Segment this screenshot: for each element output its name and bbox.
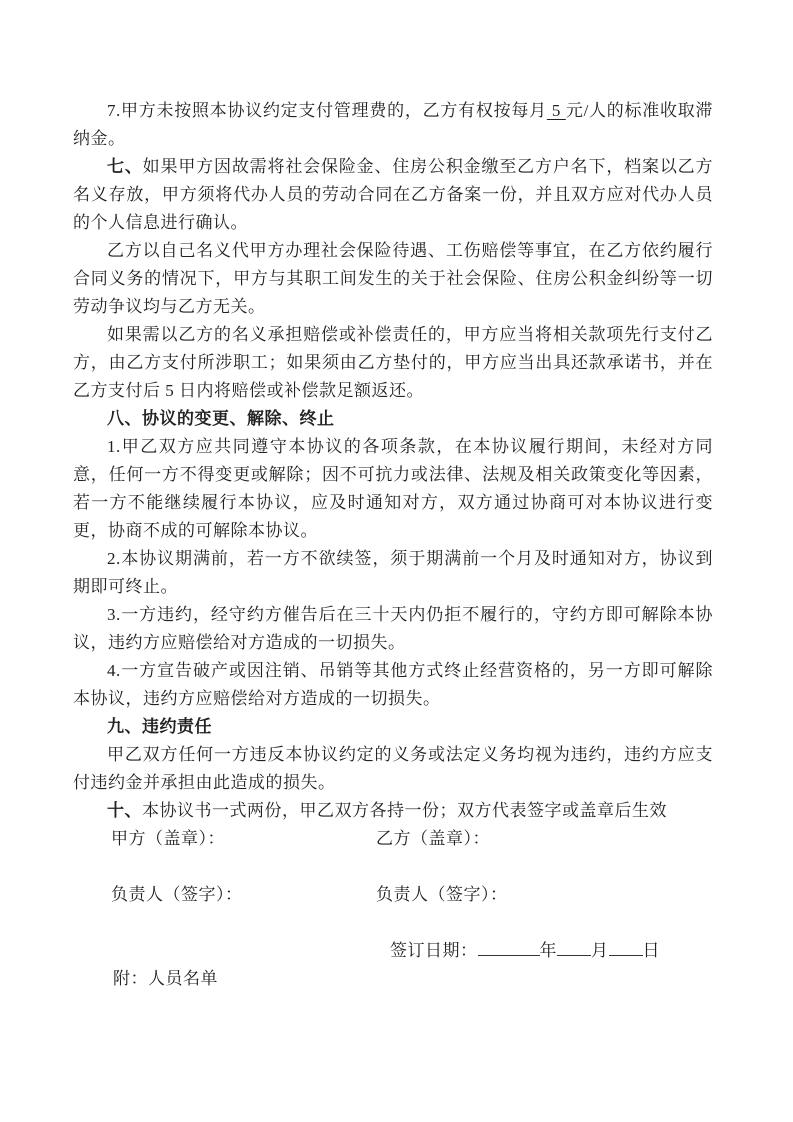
year-unit-label: 年 xyxy=(540,941,558,960)
party-a-seal-label: 甲方（盖章）： xyxy=(111,829,225,848)
text-run: 乙方以自己名义代甲方办理社会保险待遇、工伤赔偿等事宜，在乙方依约履行合同义务的情… xyxy=(73,241,713,316)
paragraph: 乙方以自己名义代甲方办理社会保险待遇、工伤赔偿等事宜，在乙方依约履行合同义务的情… xyxy=(73,237,713,321)
signing-date-label: 签订日期： xyxy=(390,941,478,960)
party-b-seal-label: 乙方（盖章）： xyxy=(376,825,490,853)
signing-date-row: 签订日期：年月日 xyxy=(73,937,713,965)
blank-line xyxy=(73,853,713,881)
day-blank xyxy=(609,939,643,956)
section-heading: 八、协议的变更、解除、终止 xyxy=(73,405,713,433)
text-run: 如果甲方因故需将社会保险金、住房公积金缴至乙方户名下，档案以乙方名义存放，甲方须… xyxy=(73,157,713,232)
text-run: 如果需以乙方的名义承担赔偿或补偿责任的，甲方应当将相关款项先行支付乙方，由乙方支… xyxy=(73,325,713,400)
text-run: 2.本协议期满前，若一方不欲续签，须于期满前一个月及时通知对方，协议到期即可终止… xyxy=(73,549,713,596)
document-content: 7.甲方未按照本协议约定支付管理费的，乙方有权按每月 5 元/人的标准收取滞纳金… xyxy=(73,97,713,993)
paragraph: 1.甲乙双方应共同遵守本协议的各项条款，在本协议履行期间，未经对方同意，任何一方… xyxy=(73,433,713,545)
day-unit-label: 日 xyxy=(643,941,661,960)
attachment-note: 附：人员名单 xyxy=(73,965,713,993)
paragraph: 七、如果甲方因故需将社会保险金、住房公积金缴至乙方户名下，档案以乙方名义存放，甲… xyxy=(73,153,713,237)
party-a-signer-label: 负责人（签字）： xyxy=(111,885,243,904)
text-run: 3.一方违约，经守约方催告后在三十天内仍拒不履行的，守约方即可解除本协议，违约方… xyxy=(73,605,713,652)
document-body: 7.甲方未按照本协议约定支付管理费的，乙方有权按每月 5 元/人的标准收取滞纳金… xyxy=(73,97,713,825)
signer-row: 负责人（签字）： 负责人（签字）： xyxy=(73,881,713,909)
document-page: 7.甲方未按照本协议约定支付管理费的，乙方有权按每月 5 元/人的标准收取滞纳金… xyxy=(0,0,793,1122)
section-heading: 九、违约责任 xyxy=(73,713,713,741)
section-number: 十、 xyxy=(107,801,142,820)
section-number: 九、违约责任 xyxy=(107,717,212,736)
text-run: 本协议书一式两份，甲乙双方各持一份；双方代表签字或盖章后生效 xyxy=(142,801,667,820)
text-run: 1.甲乙双方应共同遵守本协议的各项条款，在本协议履行期间，未经对方同意，任何一方… xyxy=(73,437,713,540)
paragraph: 3.一方违约，经守约方催告后在三十天内仍拒不履行的，守约方即可解除本协议，违约方… xyxy=(73,601,713,657)
filled-blank-value: 5 xyxy=(547,101,566,120)
paragraph: 十、本协议书一式两份，甲乙双方各持一份；双方代表签字或盖章后生效 xyxy=(73,797,713,825)
text-run: 7.甲方未按照本协议约定支付管理费的，乙方有权按每月 xyxy=(107,101,547,120)
paragraph: 甲乙双方任何一方违反本协议约定的义务或法定义务均视为违约，违约方应支付违约金并承… xyxy=(73,741,713,797)
paragraph: 4.一方宣告破产或因注销、吊销等其他方式终止经营资格的，另一方即可解除本协议，违… xyxy=(73,657,713,713)
paragraph: 如果需以乙方的名义承担赔偿或补偿责任的，甲方应当将相关款项先行支付乙方，由乙方支… xyxy=(73,321,713,405)
blank-line xyxy=(73,909,713,937)
month-unit-label: 月 xyxy=(591,941,609,960)
section-number: 八、协议的变更、解除、终止 xyxy=(107,409,335,428)
section-number: 七、 xyxy=(107,157,143,176)
paragraph: 2.本协议期满前，若一方不欲续签，须于期满前一个月及时通知对方，协议到期即可终止… xyxy=(73,545,713,601)
year-blank xyxy=(478,939,540,956)
party-b-signer-label: 负责人（签字）： xyxy=(376,881,508,909)
paragraph: 7.甲方未按照本协议约定支付管理费的，乙方有权按每月 5 元/人的标准收取滞纳金… xyxy=(73,97,713,153)
text-run: 4.一方宣告破产或因注销、吊销等其他方式终止经营资格的，另一方即可解除本协议，违… xyxy=(73,661,713,708)
month-blank xyxy=(557,939,591,956)
text-run: 甲乙双方任何一方违反本协议约定的义务或法定义务均视为违约，违约方应支付违约金并承… xyxy=(73,745,713,792)
seal-row: 甲方（盖章）： 乙方（盖章）： xyxy=(73,825,713,853)
